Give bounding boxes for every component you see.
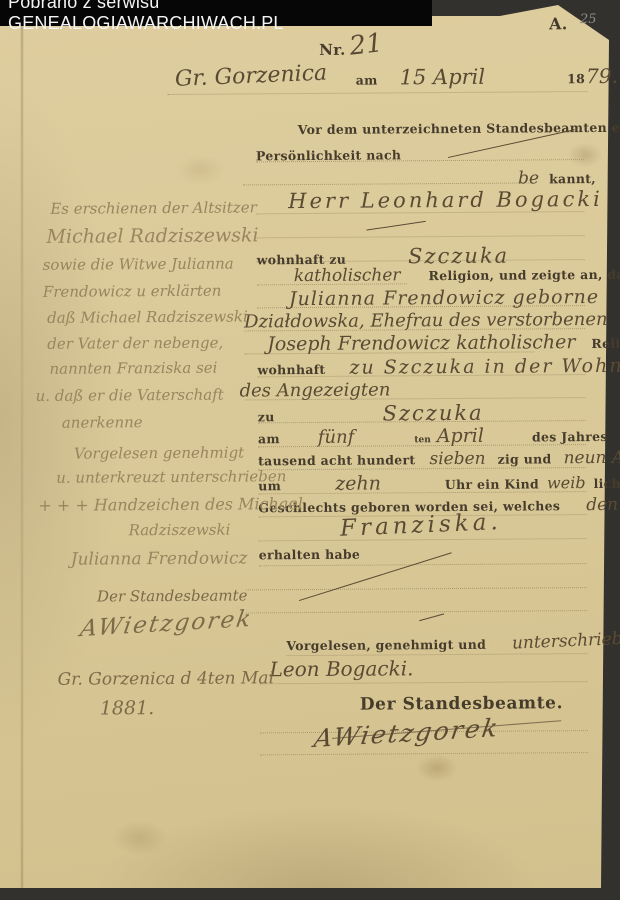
- dateline-am: am: [356, 73, 378, 88]
- residence2-value: zu Szczuka in der Wohnung: [349, 355, 620, 379]
- margin-note-line: anerkenne: [62, 413, 143, 432]
- margin-note-line: Gr. Gorzenica d 4ten Mai: [58, 668, 275, 690]
- margin-year: 1881.: [100, 697, 155, 719]
- dateline-year-printed: 18: [567, 71, 585, 86]
- archival-page-number: 25: [580, 12, 597, 27]
- margin-text: u. daß er die Vaterschaft: [36, 386, 224, 405]
- form-series-label: A.: [549, 14, 568, 33]
- margin-hand-mark: + + + Handzeichen des Michael: [38, 494, 303, 515]
- unterschrieben-hand: unterschrieben: [511, 628, 620, 653]
- scanned-record-page: { "watermark_bar": { "text": "Pobrano z …: [0, 0, 620, 900]
- record-number-label: Nr.: [319, 41, 345, 59]
- residence2-line: wohnhaft zu Szczuka in der Wohnung: [257, 355, 620, 380]
- bekannt-hand: be: [518, 168, 539, 188]
- margin-witness-signature: Julianna Frendowicz: [71, 548, 248, 569]
- declarant-signature: Leon Bogacki.: [269, 656, 413, 681]
- persoenlichkeit-line: Persönlichkeit nach: [256, 147, 401, 163]
- margin-text: Es erschienen der Altsitzer: [50, 198, 257, 217]
- year-hand-2: neun Abend: [563, 448, 620, 469]
- wohnhaft-label: wohnhaft: [257, 362, 325, 377]
- hour-value: zehn: [335, 473, 381, 495]
- mother-line2: Działdowska, Ehefrau des verstorbenen: [244, 309, 608, 333]
- margin-note-line: daß Michael Radziszewski: [47, 307, 248, 326]
- margin-note-line: u. unterkreuzt unterschrieben: [56, 467, 286, 487]
- margin-note-line: + + + Handzeichen des Michael: [38, 494, 303, 515]
- residence3-value: des Angezeigten: [240, 379, 391, 401]
- erhalten-habe-label: erhalten habe: [259, 547, 361, 563]
- margin-text: Radziszewski: [128, 521, 230, 540]
- appearer-name: Herr Leonhard Bogacki: [288, 187, 603, 213]
- watermark-text: Pobrano z serwisu GENEALOGIAWARCHIWACH.P…: [8, 0, 432, 34]
- record-content: A. 25 Nr. 21 Gr. Gorzenica am 15 April 1…: [0, 0, 620, 900]
- uhr-kind-label: Uhr ein Kind: [445, 476, 539, 492]
- vorgelesen-line: Vorgelesen, genehmigt und unterschrieben: [286, 633, 620, 655]
- dateline-place: Gr. Gorzenica: [174, 61, 327, 92]
- margin-text: daß Michael Radziszewski: [47, 307, 248, 326]
- birthdate-line: am fünf ten April des Jahres: [258, 424, 608, 448]
- margin-text: u. unterkreuzt unterschrieben: [56, 467, 286, 487]
- margin-text: Frendowicz u erklärten: [43, 282, 222, 301]
- birth-month: April: [437, 425, 484, 447]
- father-line: Joseph Frendowicz katholischer Religion,: [267, 331, 620, 356]
- margin-note-line: Michael Radziszewski: [46, 224, 258, 247]
- margin-note-line: sowie die Witwe Julianna: [43, 255, 234, 274]
- margin-text: nannten Franziska sei: [49, 359, 217, 378]
- birthplace-value: Szczuka: [382, 401, 483, 426]
- margin-note-line: Es erschienen der Altsitzer: [50, 198, 257, 217]
- des-jahres-label: des Jahres: [532, 429, 608, 445]
- gender-hand: weib: [547, 473, 586, 492]
- am-label: am: [258, 431, 280, 446]
- ink-stroke: [419, 613, 444, 621]
- dateline-day-month: 15 April: [400, 65, 486, 90]
- child-name: Franziska.: [340, 509, 503, 542]
- margin-note-line: Julianna Frendowicz: [71, 548, 248, 569]
- watermark-bar: Pobrano z serwisu GENEALOGIAWARCHIWACH.P…: [0, 0, 432, 26]
- year-printed-2: zig und: [498, 451, 552, 466]
- declarant-signature-line: Leon Bogacki.: [269, 656, 413, 681]
- birth-day: fünf: [318, 427, 355, 448]
- margin-note-line: Der Standesbeamte: [97, 586, 248, 605]
- margin-text: Der Standesbeamte: [97, 586, 248, 605]
- religion-printed: Religion, und zeigte an, daß von der: [428, 266, 620, 283]
- persoenlichkeit-label: Persönlichkeit nach: [256, 147, 401, 163]
- margin-text: Michael Radziszewski: [46, 224, 258, 247]
- margin-text: sowie die Witwe Julianna: [43, 255, 234, 274]
- appearer-line: Herr Leonhard Bogacki: [288, 187, 603, 213]
- margin-note-line: nannten Franziska sei: [49, 359, 217, 378]
- record-number-line: Nr. 21: [319, 31, 385, 61]
- ink-stroke: [366, 221, 426, 231]
- birthtime-line: um zehn Uhr ein Kind weib lichen: [258, 471, 620, 496]
- mother-maiden-name: Działdowska, Ehefrau des verstorbenen: [244, 309, 608, 333]
- margin-text: Vorgelesen genehmigt: [74, 443, 244, 462]
- den-hand: den: [586, 495, 618, 515]
- residence3-line: des Angezeigten: [240, 379, 391, 401]
- mother-line1: Julianna Frendowicz geborne: [289, 286, 599, 310]
- vorgelesen-label: Vorgelesen, genehmigt und: [286, 637, 486, 653]
- margin-note-line: 1881.: [100, 697, 155, 719]
- erhalten-habe-line: erhalten habe: [259, 547, 361, 563]
- father-name: Joseph Frendowicz katholischer: [267, 331, 575, 355]
- zu-label: zu: [258, 409, 275, 424]
- margin-note-line: der Vater der nebenge,: [47, 334, 223, 353]
- intro-text: Vor dem unterzeichneten Standesbeamten e…: [298, 119, 620, 137]
- religion2-printed: Religion,: [591, 336, 620, 351]
- bekannt-printed: kannt,: [549, 171, 596, 186]
- child-name-line: Franziska.: [340, 515, 502, 542]
- bekannt-line: be kannt,: [518, 168, 596, 189]
- intro-line: Vor dem unterzeichneten Standesbeamten e…: [298, 119, 620, 137]
- year-hand-1: sieben: [429, 449, 485, 469]
- margin-note-line: Vorgelesen genehmigt: [74, 443, 244, 462]
- margin-note-line: u. daß er die Vaterschaft: [36, 386, 224, 405]
- standesbeamte-heading: Der Standesbeamte.: [360, 693, 563, 714]
- dateline-year-hand: 79.: [586, 64, 618, 88]
- margin-text: anerkenne: [62, 413, 143, 432]
- year-printed-1: tausend acht hundert: [258, 452, 415, 468]
- margin-note-line: Frendowicz u erklärten: [43, 282, 222, 301]
- birthyear-line: tausend acht hundert sieben zig und neun…: [258, 447, 620, 470]
- margin-place-date: Gr. Gorzenica d 4ten Mai: [58, 668, 275, 690]
- margin-note-line: Radziszewski: [128, 521, 230, 540]
- religion-hand: katholischer: [294, 265, 401, 286]
- ten-superscript: ten: [414, 435, 431, 445]
- margin-registrar-signature-line: AWietzgorek: [81, 610, 252, 637]
- margin-text: der Vater der nebenge,: [47, 334, 223, 353]
- birthplace-line: zu Szczuka: [258, 401, 484, 427]
- standesbeamte-label: Der Standesbeamte.: [360, 693, 563, 714]
- religion-line: katholischer Religion, und zeigte an, da…: [294, 263, 620, 286]
- gender-printed: lichen: [593, 476, 620, 491]
- margin-registrar-signature: AWietzgorek: [78, 606, 254, 642]
- mother-name: Julianna Frendowicz geborne: [289, 286, 599, 310]
- dateline: Gr. Gorzenica am 15 April 18 79.: [175, 64, 618, 92]
